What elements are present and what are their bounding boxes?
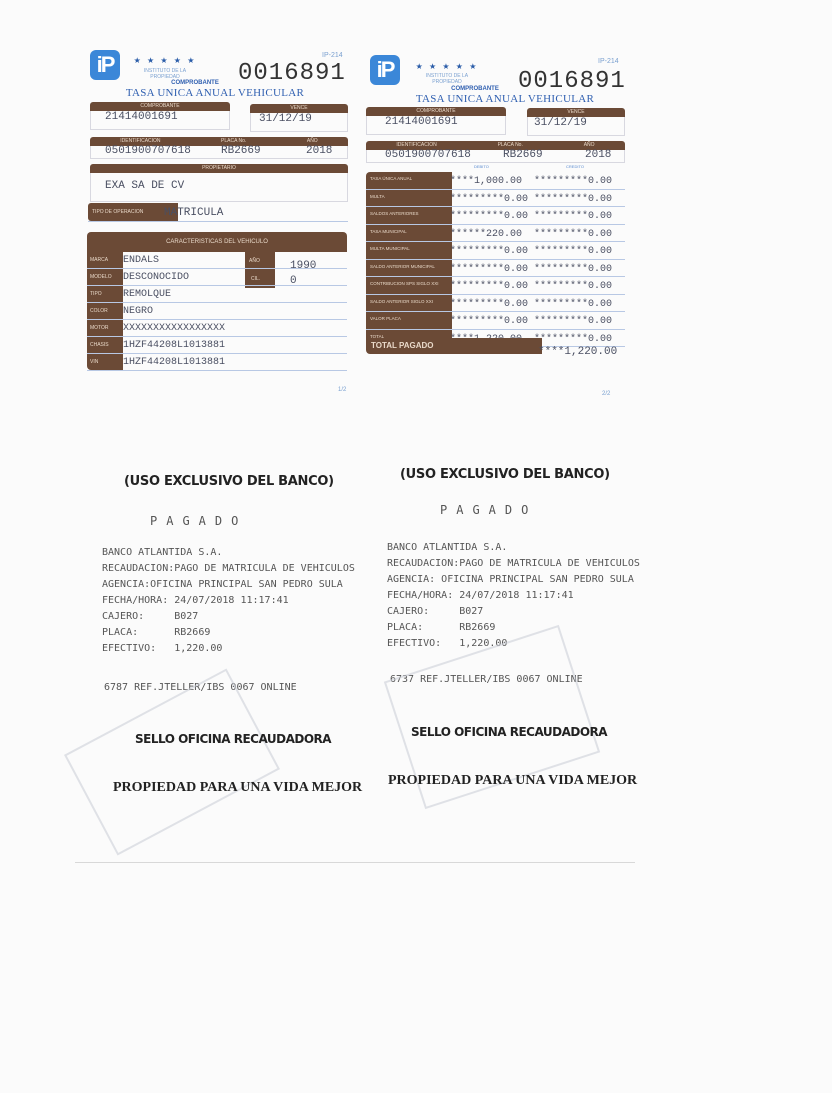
charge-credit: *********0.00: [534, 194, 612, 205]
total-pagado-value: ****1,220.00: [538, 346, 617, 358]
stamp-label: SELLO OFICINA RECAUDADORA: [411, 725, 607, 739]
vence-value: 31/12/19: [527, 117, 625, 136]
operacion-value: MATRICULA: [164, 207, 223, 219]
charge-debit: ****1,000.00: [450, 176, 522, 187]
vehicle-panel: CARACTERISTICAS DEL VEHICULO MARCAENDALS…: [87, 232, 347, 370]
debito-label: DEBITO: [474, 164, 489, 169]
placa-value: RB2669: [503, 150, 585, 162]
charge-credit: *********0.00: [534, 176, 612, 187]
charge-row-label: SALDO ANTERIOR SIGLO XXI: [370, 299, 433, 304]
charge-credit: *********0.00: [534, 334, 612, 345]
charge-row: TASA MUNICIPAL******220.00*********0.00: [366, 225, 625, 243]
vehicle-row-value: DESCONOCIDO: [123, 272, 189, 283]
bank-receipt-lines: BANCO ATLANTIDA S.A. RECAUDACION:PAGO DE…: [387, 540, 640, 652]
charges-panel: DEBITO CREDITO TASA ÚNICA ANUAL****1,000…: [366, 166, 625, 351]
page-indicator: 2/2: [602, 391, 610, 397]
serial-number: 0016891: [518, 68, 626, 95]
charge-credit: *********0.00: [534, 264, 612, 275]
charge-credit: *********0.00: [534, 211, 612, 222]
paid-status: PAGADO: [150, 514, 247, 528]
charge-debit: *********0.00: [450, 264, 528, 275]
vehicle-row: CHASIS1HZF44208L1013881: [87, 337, 347, 354]
vehicle-cil-value: 0: [290, 275, 297, 287]
propietario-label: PROPIETARIO: [90, 164, 348, 173]
comprobante-heading: COMPROBANTE: [160, 80, 230, 86]
charge-row-label: TASA MUNICIPAL: [370, 229, 407, 234]
charge-row-label: MULTA MUNICIPAL: [370, 246, 410, 251]
ip-logo-icon: iP: [90, 50, 120, 80]
charge-row-label: MULTA: [370, 194, 385, 199]
charge-credit: *********0.00: [534, 281, 612, 292]
vehicle-row: TIPOREMOLQUE: [87, 286, 347, 303]
charge-debit: ******220.00: [450, 229, 522, 240]
vehicle-row-value: NEGRO: [123, 306, 153, 317]
stars-icon: ★ ★ ★ ★ ★: [130, 56, 200, 65]
ano-value: 2018: [306, 146, 332, 158]
vehicle-row-label: TIPO: [90, 291, 102, 297]
charge-row: TASA ÚNICA ANUAL****1,000.00*********0.0…: [366, 172, 625, 190]
vehicle-ano-value: 1990: [290, 260, 316, 272]
stamp-label: SELLO OFICINA RECAUDADORA: [135, 732, 331, 746]
vehicle-row: MOTORXXXXXXXXXXXXXXXXX: [87, 320, 347, 337]
vehicle-row-label: MARCA: [90, 257, 108, 263]
charge-credit: *********0.00: [534, 299, 612, 310]
charge-rows: TASA ÚNICA ANUAL****1,000.00*********0.0…: [366, 172, 625, 347]
charge-credit: *********0.00: [534, 246, 612, 257]
serial-number: 0016891: [238, 60, 346, 87]
vence-label: VENCE: [527, 108, 625, 117]
propietario-value: EXA SA DE CV: [90, 173, 348, 202]
bank-receipt-lines: BANCO ATLANTIDA S.A. RECAUDACION:PAGO DE…: [102, 545, 355, 657]
comprobante-heading: COMPROBANTE: [440, 86, 510, 92]
charge-debit: *********0.00: [450, 194, 528, 205]
slogan: PROPIEDAD PARA UNA VIDA MEJOR: [113, 780, 362, 796]
bank-use-header: (USO EXCLUSIVO DEL BANCO): [400, 467, 610, 482]
placa-value: RB2669: [215, 146, 306, 158]
vehicle-row-label: MODELO: [90, 274, 112, 280]
document-title: TASA UNICA ANUAL VEHICULAR: [390, 93, 620, 105]
vehicle-row-value: XXXXXXXXXXXXXXXXX: [123, 323, 225, 334]
charge-debit: *********0.00: [450, 316, 528, 327]
vehicle-row-label: MOTOR: [90, 325, 109, 331]
scan-line: [75, 862, 635, 863]
vence-field: VENCE 31/12/19: [250, 104, 348, 132]
charge-row: SALDO ANTERIOR SIGLO XXI*********0.00***…: [366, 295, 625, 313]
paid-status: PAGADO: [440, 503, 537, 517]
charge-row-label: TASA ÚNICA ANUAL: [370, 176, 412, 181]
comprobante-label: COMPROBANTE: [90, 102, 230, 111]
vehicle-cil-label: CIL.: [251, 276, 260, 282]
charge-row: VALOR PLACA*********0.00*********0.00: [366, 312, 625, 330]
charge-row: MULTA*********0.00*********0.00: [366, 190, 625, 208]
bank-use-header: (USO EXCLUSIVO DEL BANCO): [124, 474, 334, 489]
vence-field: VENCE 31/12/19: [527, 108, 625, 136]
charge-row-label: CONTRIBUCION SPS SIGLO XXI: [370, 281, 439, 286]
page-indicator: 1/2: [338, 387, 346, 393]
comprobante-field: COMPROBANTE 21414001691: [90, 102, 230, 130]
ano-value: 2018: [585, 150, 611, 162]
comprobante-label: COMPROBANTE: [366, 107, 506, 116]
charge-debit: *********0.00: [450, 246, 528, 257]
charge-debit: *********0.00: [450, 281, 528, 292]
total-pagado-label: TOTAL PAGADO: [366, 338, 542, 354]
vence-label: VENCE: [250, 104, 348, 113]
operacion-field: TIPO DE OPERACION MATRICULA: [88, 203, 348, 222]
vehicle-row-value: 1HZF44208L1013881: [123, 340, 225, 351]
vehicle-row-value: 1HZF44208L1013881: [123, 357, 225, 368]
charge-row: MULTA MUNICIPAL*********0.00*********0.0…: [366, 242, 625, 260]
credito-label: CREDITO: [566, 164, 584, 169]
charge-credit: *********0.00: [534, 229, 612, 240]
charge-debit: *********0.00: [450, 211, 528, 222]
vehicle-panel-title: CARACTERISTICAS DEL VEHICULO: [87, 232, 347, 252]
comprobante-value: 21414001691: [90, 111, 230, 130]
identificacion-value: 0501900707618: [367, 150, 503, 162]
vehicle-row-label: COLOR: [90, 308, 108, 314]
charge-row: SALDOS ANTERIORES*********0.00*********0…: [366, 207, 625, 225]
vehicle-row-label: VIN: [90, 359, 98, 365]
charge-credit: *********0.00: [534, 316, 612, 327]
form-code: IP-214: [322, 52, 343, 59]
charge-row-label: SALDOS ANTERIORES: [370, 211, 419, 216]
stars-icon: ★ ★ ★ ★ ★: [412, 62, 482, 71]
vehicle-row: COLORNEGRO: [87, 303, 347, 320]
institution-name: INSTITUTO DE LA PROPIEDAD: [130, 68, 200, 80]
identificacion-value: 0501900707618: [91, 146, 215, 158]
identificacion-row: IDENTIFICACION PLACA No. AÑO 05019007076…: [90, 137, 348, 159]
institution-name: INSTITUTO DE LA PROPIEDAD: [412, 73, 482, 85]
charge-row: CONTRIBUCION SPS SIGLO XXI*********0.00*…: [366, 277, 625, 295]
vehicle-row: VIN1HZF44208L1013881: [87, 354, 347, 371]
charge-row: SALDO ANTERIOR MUNICIPAL*********0.00***…: [366, 260, 625, 278]
document-title: TASA UNICA ANUAL VEHICULAR: [100, 87, 330, 99]
charge-debit: *********0.00: [450, 299, 528, 310]
propietario-field: PROPIETARIO EXA SA DE CV: [90, 164, 348, 202]
comprobante-field: COMPROBANTE 21414001691: [366, 107, 506, 135]
form-code: IP-214: [598, 58, 619, 65]
comprobante-value: 21414001691: [366, 116, 506, 135]
slogan: PROPIEDAD PARA UNA VIDA MEJOR: [388, 773, 637, 789]
vence-value: 31/12/19: [250, 113, 348, 132]
identificacion-row: IDENTIFICACION PLACA No. AÑO 05019007076…: [366, 141, 625, 163]
charge-row-label: VALOR PLACA: [370, 316, 401, 321]
ip-logo-icon: iP: [370, 55, 400, 85]
vehicle-ano-label: AÑO: [249, 258, 260, 264]
charge-row-label: SALDO ANTERIOR MUNICIPAL: [370, 264, 435, 269]
vehicle-row-label: CHASIS: [90, 342, 109, 348]
office-stamp: [64, 668, 280, 855]
vehicle-row-value: REMOLQUE: [123, 289, 171, 300]
vehicle-row-value: ENDALS: [123, 255, 159, 266]
